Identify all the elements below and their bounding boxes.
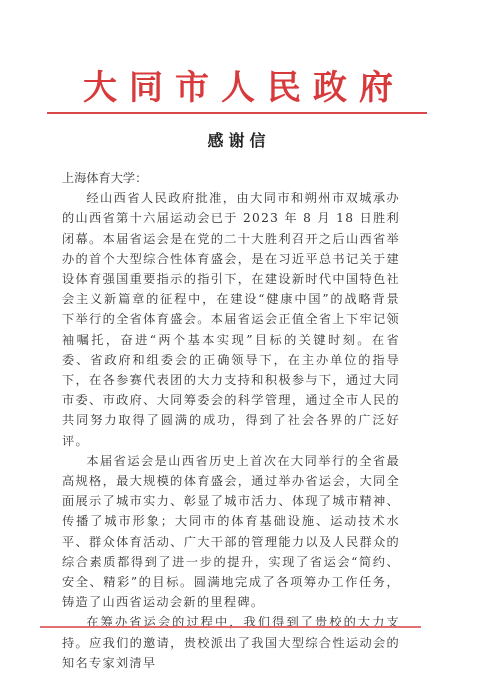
letter-body: 上海体育大学： 经山西省人民政府批准，由大同市和朔州市双城承办的山西省第十六届运… (62, 168, 400, 673)
letterhead-divider (47, 112, 427, 114)
letter-title: 感谢信 (0, 130, 478, 152)
salutation: 上海体育大学： (62, 168, 400, 188)
paragraph: 本届省运会是山西省历史上首次在大同举行的全省最高规格，最大规模的体育盛会，通过举… (62, 451, 400, 613)
paragraph: 在筹办省运会的过程中，我们得到了贵校的大力支持。应我们的邀请，贵校派出了我国大型… (62, 612, 400, 673)
paragraph: 经山西省人民政府批准，由大同市和朔州市双城承办的山西省第十六届运动会已于 202… (62, 188, 400, 451)
letterhead-title: 大同市人民政府 (0, 66, 478, 110)
footer-divider (40, 626, 421, 628)
